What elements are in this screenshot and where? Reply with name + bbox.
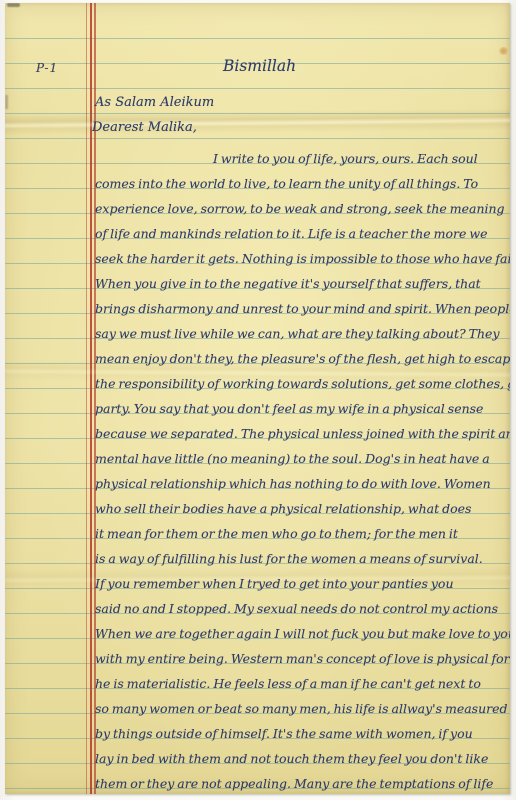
handwriting-line: mean enjoy don't they, the pleasure's of… xyxy=(95,346,510,371)
heading-bismillah: Bismillah xyxy=(223,57,296,75)
handwriting-line: said no and I stopped. My sexual needs d… xyxy=(95,596,510,621)
handwriting-line: If you remember when I tryed to get into… xyxy=(95,571,510,596)
salutation-line-2: Dearest Malika, xyxy=(92,120,197,135)
letter-body: I write to you of life, yours, ours. Eac… xyxy=(95,146,510,794)
handwriting-line: he is materialistic. He feels less of a … xyxy=(95,671,510,696)
paper-stain xyxy=(499,47,508,55)
handwriting-line: When we are together again I will not fu… xyxy=(95,621,510,646)
handwriting-line: When you give in to the negative it's yo… xyxy=(95,271,510,296)
handwriting-line: say we must live while we can, what are … xyxy=(95,321,510,346)
handwriting-line: comes into the world to live, to learn t… xyxy=(95,171,510,196)
handwriting-line: who sell their bodies have a physical re… xyxy=(95,496,510,521)
paper-edge-speck xyxy=(5,95,8,109)
handwriting-line: lay in bed with them and not touch them … xyxy=(95,746,510,771)
handwriting-line: by things outside of himself. It's the s… xyxy=(95,721,510,746)
handwriting-line: experience love, sorrow, to be weak and … xyxy=(95,196,510,221)
handwriting-line: because we separated. The physical unles… xyxy=(95,421,510,446)
yellow-ruled-paper: P-1 Bismillah As Salam Aleikum Dearest M… xyxy=(5,3,510,794)
handwriting-line: physical relationship which has nothing … xyxy=(95,471,510,496)
handwriting-line: is a way of fulfilling his lust for the … xyxy=(95,546,510,571)
handwriting-line: the responsibility of working towards so… xyxy=(95,371,510,396)
handwriting-line: party. You say that you don't feel as my… xyxy=(95,396,510,421)
handwriting-line: brings disharmony and unrest to your min… xyxy=(95,296,510,321)
paper-edge-speck xyxy=(7,3,20,7)
handwriting-line: mental have little (no meaning) to the s… xyxy=(95,446,510,471)
scanned-letter-background: P-1 Bismillah As Salam Aleikum Dearest M… xyxy=(0,0,516,800)
handwriting-line: I write to you of life, yours, ours. Eac… xyxy=(95,146,510,171)
salutation-line-1: As Salam Aleikum xyxy=(95,95,214,110)
handwriting-line: seek the harder it gets. Nothing is impo… xyxy=(95,246,510,271)
page-label: P-1 xyxy=(36,61,58,75)
handwriting-line: so many women or beat so many men, his l… xyxy=(95,696,510,721)
handwriting-line: with my entire being. Western man's conc… xyxy=(95,646,510,671)
red-margin-line xyxy=(86,3,87,794)
handwriting-line: them or they are not appealing. Many are… xyxy=(95,771,510,794)
handwriting-line: of life and mankinds relation to it. Lif… xyxy=(95,221,510,246)
handwriting-line: it mean for them or the men who go to th… xyxy=(95,521,510,546)
